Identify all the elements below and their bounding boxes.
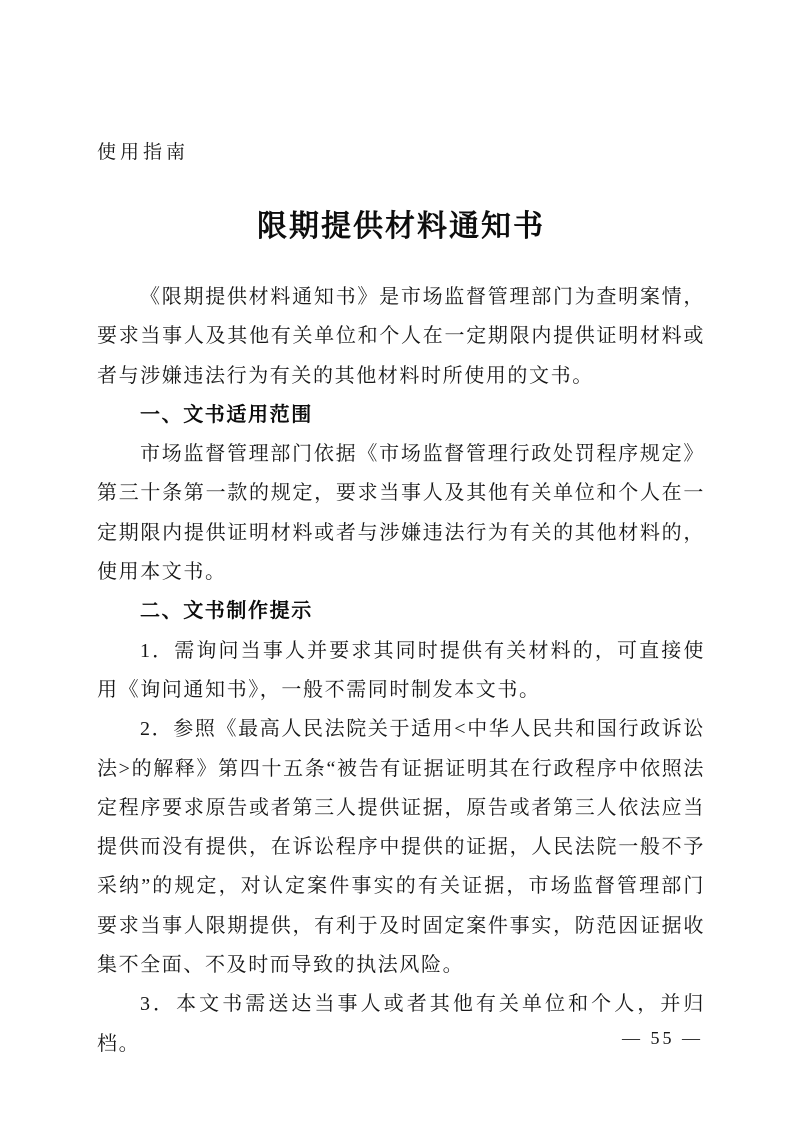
section-2-item-2: 2．参照《最高人民法院关于适用<中华人民共和国行政诉讼法>的解释》第四十五条“被… — [97, 710, 705, 985]
document-body: 《限期提供材料通知书》是市场监督管理部门为查明案情，要求当事人及其他有关单位和个… — [97, 278, 705, 1064]
section-2-item-3: 3．本文书需送达当事人或者其他有关单位和个人，并归档。 — [97, 985, 705, 1064]
document-page: 使用指南 限期提供材料通知书 《限期提供材料通知书》是市场监督管理部门为查明案情… — [0, 0, 793, 1122]
section-1-paragraph: 市场监督管理部门依据《市场监督管理行政处罚程序规定》第三十条第一款的规定，要求当… — [97, 435, 705, 592]
page-number: — 55 — — [622, 1028, 703, 1049]
section-2-item-1: 1．需询问当事人并要求其同时提供有关材料的，可直接使用《询问通知书》，一般不需同… — [97, 632, 705, 711]
usage-guide-label: 使用指南 — [97, 137, 189, 164]
intro-paragraph: 《限期提供材料通知书》是市场监督管理部门为查明案情，要求当事人及其他有关单位和个… — [97, 278, 705, 396]
document-title: 限期提供材料通知书 — [97, 201, 705, 245]
section-2-heading: 二、文书制作提示 — [97, 592, 705, 631]
section-1-heading: 一、文书适用范围 — [97, 396, 705, 435]
